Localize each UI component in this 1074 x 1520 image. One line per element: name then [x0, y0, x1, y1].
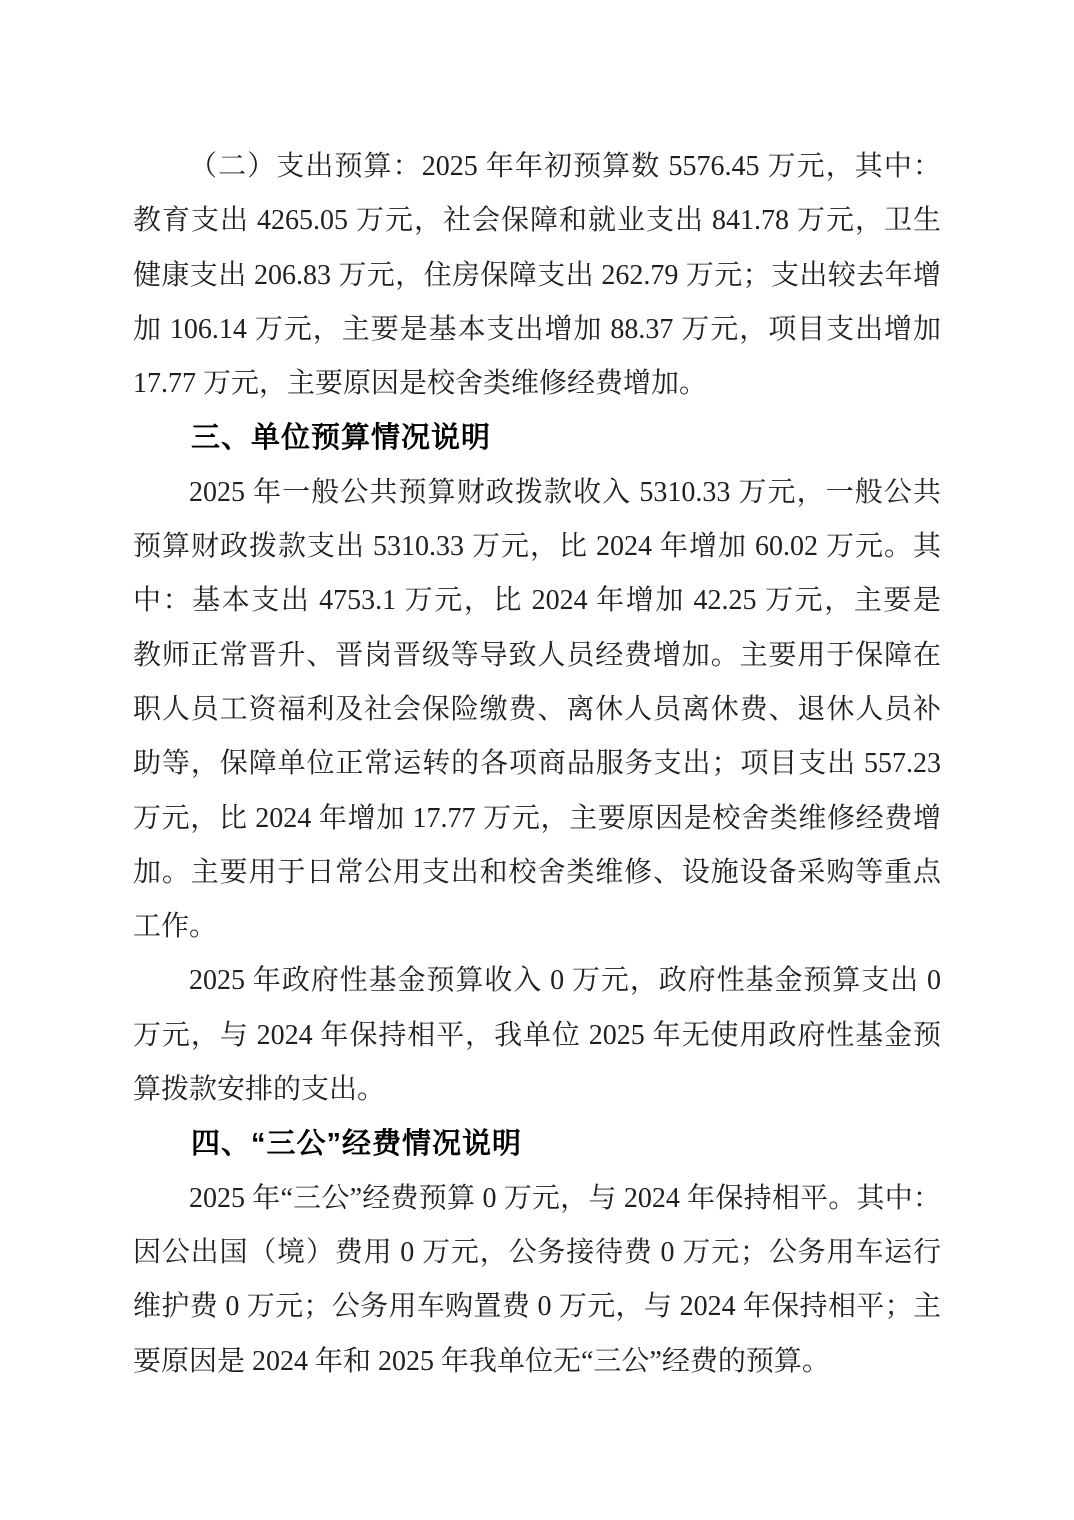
para-three-public-detail-line: 要原因是 2024 年和 2025 年我单位无“三公”经费的预算。	[133, 1335, 941, 1389]
para-unit-budget-detail-line: 职人员工资福利及社会保险缴费、离休人员离休费、退休人员补	[133, 683, 941, 737]
para-unit-budget-detail-line: 加。主要用于日常公用支出和校舍类维修、设施设备采购等重点	[133, 846, 941, 900]
para-expense-budget-line: 健康支出 206.83 万元，住房保障支出 262.79 万元；支出较去年增	[133, 249, 941, 303]
para-expense-budget-line: 加 106.14 万元，主要是基本支出增加 88.37 万元，项目支出增加	[133, 303, 941, 357]
para-expense-budget-line: 教育支出 4265.05 万元，社会保障和就业支出 841.78 万元，卫生	[133, 194, 941, 248]
para-unit-budget-detail-line: 助等，保障单位正常运转的各项商品服务支出；项目支出 557.23	[133, 737, 941, 791]
para-unit-budget-detail-line: 2025 年一般公共预算财政拨款收入 5310.33 万元，一般公共	[133, 466, 941, 520]
para-three-public-detail-line: 因公出国（境）费用 0 万元，公务接待费 0 万元；公务用车运行	[133, 1226, 941, 1280]
document-page: （二）支出预算：2025 年年初预算数 5576.45 万元，其中：教育支出 4…	[133, 140, 941, 1389]
heading-section-3-unit-budget: 三、单位预算情况说明	[133, 411, 941, 465]
para-government-fund-line: 算拨款安排的支出。	[133, 1063, 941, 1117]
para-government-fund-line: 2025 年政府性基金预算收入 0 万元，政府性基金预算支出 0	[133, 954, 941, 1008]
para-unit-budget-detail-line: 工作。	[133, 900, 941, 954]
para-unit-budget-detail-line: 预算财政拨款支出 5310.33 万元，比 2024 年增加 60.02 万元。…	[133, 520, 941, 574]
para-unit-budget-detail-line: 万元，比 2024 年增加 17.77 万元，主要原因是校舍类维修经费增	[133, 792, 941, 846]
para-three-public-detail-line: 2025 年“三公”经费预算 0 万元，与 2024 年保持相平。其中：	[133, 1172, 941, 1226]
para-three-public-detail-line: 维护费 0 万元；公务用车购置费 0 万元，与 2024 年保持相平；主	[133, 1280, 941, 1334]
heading-section-4-three-public: 四、“三公”经费情况说明	[133, 1117, 941, 1171]
para-unit-budget-detail-line: 中：基本支出 4753.1 万元，比 2024 年增加 42.25 万元，主要是	[133, 574, 941, 628]
para-government-fund-line: 万元，与 2024 年保持相平，我单位 2025 年无使用政府性基金预	[133, 1009, 941, 1063]
para-expense-budget-line: （二）支出预算：2025 年年初预算数 5576.45 万元，其中：	[133, 140, 941, 194]
para-unit-budget-detail-line: 教师正常晋升、晋岗晋级等导致人员经费增加。主要用于保障在	[133, 629, 941, 683]
para-expense-budget-line: 17.77 万元，主要原因是校舍类维修经费增加。	[133, 357, 941, 411]
